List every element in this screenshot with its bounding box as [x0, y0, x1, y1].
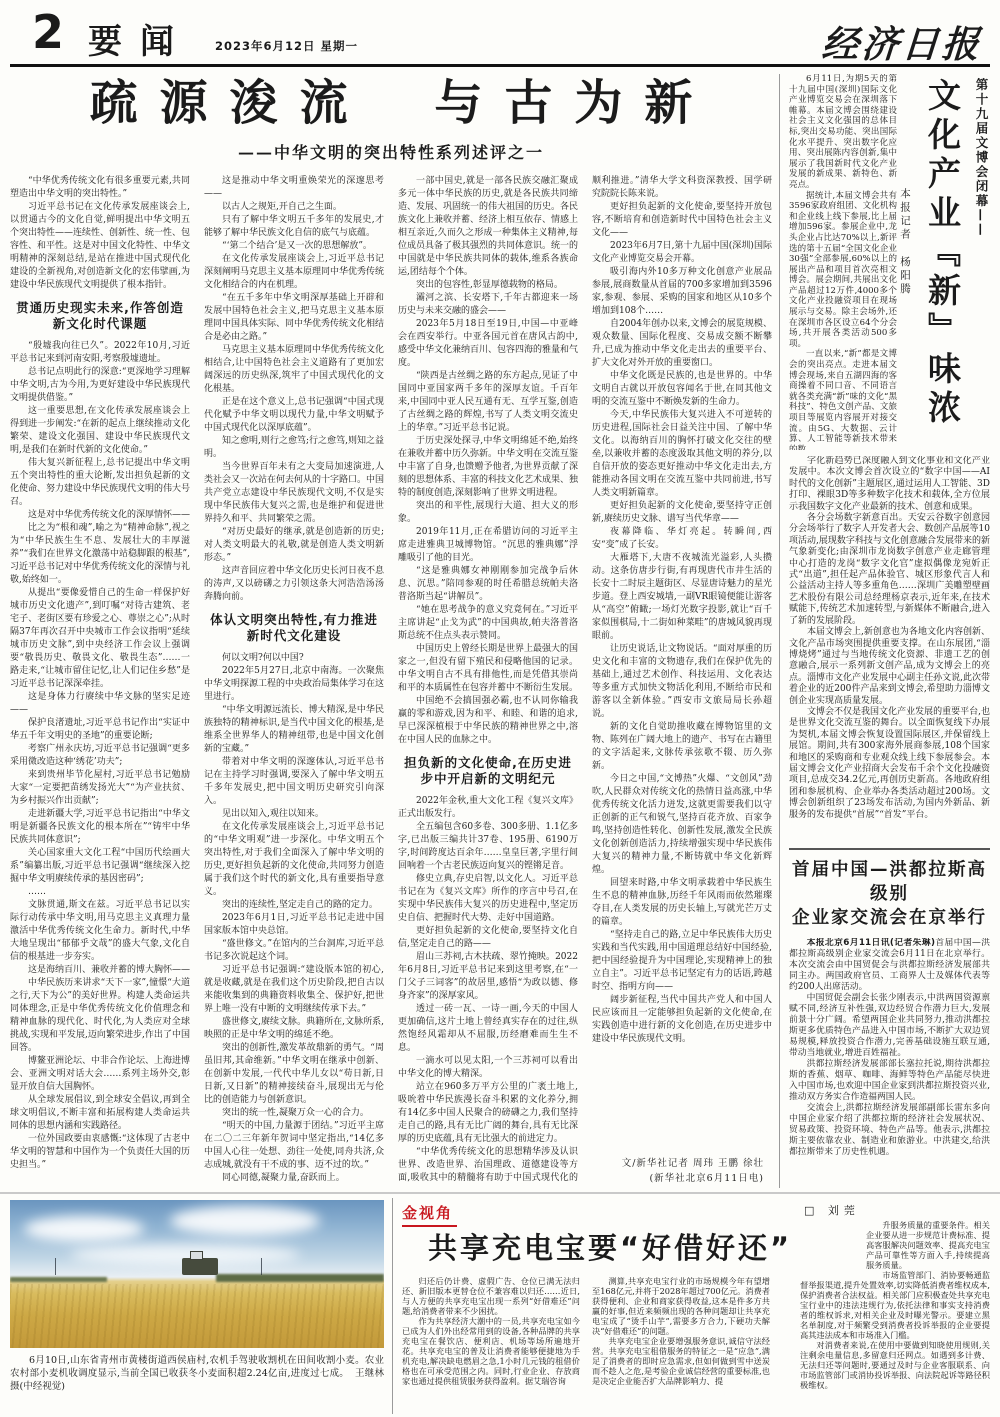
article-paragraph: 2022年5月27日,北京中南海。一次聚焦中华文明探源工程的中央政治局集体学习在… — [204, 665, 384, 704]
article-paragraph: “中华优秀传统文化有很多重要元素,共同塑造出中华文明的突出特性。” — [10, 175, 190, 201]
article-paragraph: 突出的连续性,坚定走自己的路的定力。 — [204, 899, 384, 912]
main-article-byline: 文/新华社记者 周玮 王鹏 徐壮 (新华社北京6月11日电) — [582, 1152, 772, 1190]
article-subhead: 体认文明突出特性,有力推进新时代文化建设 — [206, 612, 382, 644]
article-paragraph: 这一重要思想,在文化传承发展座谈会上得到进一步阐发:“在新的起点上继续推动文化繁… — [10, 405, 190, 457]
photo-news: 6月10日,山东省青州市黄楼街道西侯庙村,农机手驾驶收割机在田间收割小麦。农业农… — [10, 1200, 384, 1393]
article-paragraph: 同心同德,凝聚力量,奋跃而上。 — [204, 1172, 384, 1185]
article-paragraph: 关心国家重大文化工程“中国历代绘画大系”编纂出版,习近平总书记强调“继续深入挖掘… — [10, 847, 190, 886]
article-paragraph: 今日之中国,“文博热”火爆、“文创风”劲吹,人民群众对传统文化的热情日益高涨,中… — [592, 773, 772, 877]
power-pole-shape — [261, 1258, 262, 1275]
photo-caption: 6月10日,山东省青州市黄楼街道西侯庙村,农机手驾驶收割机在田间收割小麦。农业农… — [10, 1354, 384, 1393]
column-divider — [779, 74, 780, 1188]
article-paragraph: 自2004年创办以来,文博会的展览规模、观众数量、国际化程度、交易成交额不断攀升… — [592, 318, 772, 370]
article-paragraph: 以古人之规矩,开自己之生面。 — [204, 201, 384, 214]
power-pole-shape — [55, 1258, 56, 1275]
article-paragraph: 走进新疆大学,习近平总书记指出“中华文明是新疆各民族文化的根本所在”“铸牢中华民… — [10, 808, 190, 847]
commentary-column-3: □ 刘莞 升服务质量的重要条件。相关企业要从进一步规范计费标准、提高客服解决问题… — [800, 1200, 990, 1414]
article-paragraph: 交流会上,洪都拉斯经济发展部副部长雷东多向中国企业家介绍了洪都拉斯的经济社会发展… — [789, 1103, 990, 1158]
article-paragraph: 正是在这个意义上,总书记强调“中国式现代化赋予中华文明以现代力量,中华文明赋予中… — [204, 396, 384, 435]
article-paragraph: 共享充电宝企业要增强服务意识,诚信守法经营。共享充电宝租借服务的特征之一是“应急… — [592, 1336, 770, 1386]
article-paragraph: 归还后仍计费、虚假广告、仓位已满无法归还、新旧版本更替仓位不兼容难以归还……近日… — [402, 1276, 580, 1316]
article-paragraph: 这是海纳百川、兼收并蓄的博大胸怀—— — [10, 964, 190, 977]
main-subtitle: ——中华文明的突出特性系列述评之一 — [10, 140, 772, 163]
paragraph-lead: 本报北京6月11日讯(记者朱琳) — [807, 938, 935, 948]
article-paragraph: 从全球发展倡议,到全球安全倡议,再到全球文明倡议,不断丰富和拓展构建人类命运共同… — [10, 1094, 190, 1133]
reporter-label: 本报记者 — [899, 188, 911, 242]
article-paragraph: 文博会不仅是我国文化产业发展的重要平台,也是世界文化交流互鉴的舞台。以全面恢复线… — [789, 707, 990, 821]
reporter-name: 杨阳腾 — [899, 256, 911, 297]
article-paragraph: 测算,共享充电宝行业的市场规模今年有望增至168亿元,并将于2028年超过700… — [592, 1276, 770, 1336]
article-paragraph: …… — [10, 886, 190, 899]
article-paragraph: 本届文博会上,新创意也为各地文化内容创新、文化产品市场突围提供重要支撑。在山东展… — [789, 627, 990, 707]
article-paragraph: “殷墟我向往已久”。2022年10月,习近平总书记来到河南安阳,考察殷墟遗址。 — [10, 340, 190, 366]
article-paragraph: 新的文化自觉助推收藏在博物馆里的文物、陈列在广阔大地上的遗产、书写在古籍里的文字… — [592, 721, 772, 773]
article-paragraph: 保护良渚遗址,习近平总书记作出“实证中华五千年文明史的圣地”的重要论断; — [10, 717, 190, 743]
article-paragraph: 考察广州永庆坊,习近平总书记强调“更多采用微改造这种‘绣花’功夫”; — [10, 743, 190, 769]
article-paragraph: “盛世修文。”在馆内的兰台洞库,习近平总书记多次说起这个词。 — [204, 938, 384, 964]
article-paragraph: 习近平总书记在文化传承发展座谈会上,以贯通古今的文化自觉,鲜明提出中华文明五个突… — [10, 201, 190, 292]
article-paragraph: 2023年6月1日,习近平总书记走进中国国家版本馆中央总馆。 — [204, 912, 384, 938]
article-paragraph: 2023年6月7日,第十九届中国(深圳)国际文化产业博览交易会开幕。 — [592, 240, 772, 266]
article-paragraph: 总书记点明此行的深意:“更深地学习理解中华文明,古为今用,为更好建设中华民族现代… — [10, 366, 190, 405]
article-paragraph: 盛世修文,赓续文脉。典籍所在,文脉所系,映照的正是中华文明的绵延不绝。 — [204, 1016, 384, 1042]
treeline-shape — [10, 1277, 107, 1282]
article-paragraph: 见出以知入,观往以知来。 — [204, 808, 384, 821]
article-paragraph: 中国贸促会副会长张少刚表示,中洪两国资源禀赋不同,经济互补性强,双边经贸合作潜力… — [789, 993, 990, 1059]
article-paragraph: 作为共享经济大潮中的一员,共享充电宝如今已成为人们外出经常用到的设备,各种品牌的… — [402, 1316, 580, 1386]
article-paragraph: 对消费者来说,在使用中要做到知晓使用规则,关注剩余电量信息,多留意归还网点。如遇… — [800, 1340, 990, 1390]
article-paragraph: 站立在960多万平方公里的广袤土地上,吸吮着中华民族漫长奋斗积累的文化养分,拥有… — [398, 1081, 578, 1146]
article-paragraph: 透过一砖一瓦、一诗一画,今天的中国人更加确信,这片土地上曾经真实存在的过往,纵然… — [398, 1003, 578, 1055]
article-paragraph: 6月11日,为期5天的第十九届中国(深圳)国际文化产业博览交易会在深圳落下帷幕。… — [789, 74, 897, 191]
commentary-label: 金视角 — [402, 1202, 457, 1227]
article-paragraph: 更好担负起新的文化使命,要坚持守正创新,赓续历史文脉、谱写当代华章—— — [592, 500, 772, 526]
feature-vertical-title: 文化产业『新』味浓 — [919, 78, 966, 454]
article-paragraph: 当今世界百年未有之大变局加速演进,人类社会又一次站在何去何从的十字路口。中国共产… — [204, 461, 384, 526]
article-paragraph: 于历史深处探寻,中华文明绵延不绝,始终在兼收并蓄中历久弥新。中华文明在交流互鉴中… — [398, 435, 578, 500]
honduras-article: 首届中国—洪都拉斯高级别 企业家交流会在京举行 本报北京6月11日讯(记者朱琳)… — [789, 856, 990, 1188]
honduras-headline: 首届中国—洪都拉斯高级别 企业家交流会在京举行 — [789, 858, 990, 930]
article-paragraph: 更好担负起新的文化使命,要坚持文化自信,坚定走自己的路—— — [398, 925, 578, 951]
article-paragraph: 从提出“要像爱惜自己的生命一样保护好城市历史文化遗产”,到叮嘱“对待古建筑、老宅… — [10, 587, 190, 691]
article-paragraph: 马克思主义基本原理同中华优秀传统文化相结合,让中国特色社会主义道路有了更加宏阔深… — [204, 344, 384, 396]
article-paragraph: 在文化传承发展座谈会上,习近平总书记的“中华文明观”进一步深化。中华文明五个突出… — [204, 821, 384, 899]
article-paragraph: 中国历史上曾经长期是世界上最强大的国家之一,但没有留下殖民和侵略他国的记录。中华… — [398, 643, 578, 695]
byline-dateline: (新华社北京6月11日电) — [582, 1171, 764, 1186]
article-paragraph: 更好担负起新的文化使命,要坚持开放包容,不断培育和创造新时代中国特色社会主义文化… — [592, 201, 772, 240]
article-paragraph: 2023年5月18日至19日,中国—中亚峰会在西安举行。中亚各国元首在唐风古韵中… — [398, 318, 578, 370]
article-paragraph: “她在思考战争的意义究竟何在。”习近平主席讲起“止戈为武”的中国典故,帕夫洛普洛… — [398, 604, 578, 643]
headline-wrap-spacer — [800, 1220, 866, 1278]
article-paragraph: 各分会场数字新意百出。天安云谷数字创意园分会场举行了数字人开发者大会、数创产品展… — [789, 513, 990, 627]
feature-body-top: 6月11日,为期5天的第十九届中国(深圳)国际文化产业博览交易会在深圳落下帷幕。… — [789, 74, 897, 450]
article-paragraph: 夜幕降临、华灯亮起。转瞬间,西安“变”成了长安。 — [592, 526, 772, 552]
article-separator-rule — [789, 848, 990, 850]
article-paragraph: 这声音回应着中华文化历史长河日夜不息的涛声,又以磅礴之力引领这条大河浩浩汤汤奔腾… — [204, 565, 384, 604]
article-paragraph: 这是身体力行赓续中华文脉的坚实足迹—— — [10, 691, 190, 717]
masthead-logo: 经济日报 — [820, 14, 984, 68]
bottom-column-divider — [392, 1198, 393, 1414]
feature-body-bottom: 字化新趋势已深度融入到文化事业和文化产业发展中。本次文博会首次设立的“数字中国—… — [789, 456, 990, 840]
article-paragraph: 中国绝不会搞国强必霸,也不认同你输我赢的零和游戏,因为和平、和睦、和谐的追求,早… — [398, 695, 578, 747]
feature-top-section: 6月11日,为期5天的第十九届中国(深圳)国际文化产业博览交易会在深圳落下帷幕。… — [789, 74, 990, 450]
article-paragraph: 回望来时路,中华文明承载着中华民族生生不息的精神血脉,历经千年风雨而依然璀璨夺目… — [592, 877, 772, 929]
combine-harvester-shape — [182, 1258, 218, 1275]
article-paragraph: 一位外国政要由衷感慨:“这体现了古老中华文明的智慧和中国作为一个负责任大国的历史… — [10, 1133, 190, 1172]
byline-authors: 文/新华社记者 周玮 王鹏 徐壮 — [582, 1156, 764, 1171]
header-rule — [10, 64, 990, 67]
article-paragraph: 一直以来,“新”都是文博会的突出亮点。走进本届文博会现场,来自五湖四海的客商操着… — [789, 349, 897, 450]
article-paragraph: 文脉贯通,斯文在兹。习近平总书记以实际行动传承中华文明,用马克思主义真理力量激活… — [10, 899, 190, 964]
article-paragraph: 阔步新征程,当代中国共产党人和中国人民应该而且一定能够担负起新的文化使命,在实践… — [592, 994, 772, 1046]
article-paragraph: 灞河之滨、长安塔下,千年古都迎来一场历史与未来交融的盛会—— — [398, 292, 578, 318]
article-paragraph: 这是推动中华文明重焕荣光的深邃思考—— — [204, 175, 384, 201]
article-paragraph: 只有了解中华文明五千多年的发展史,才能够了解中华民族文化自信的底气与底蕴。 — [204, 214, 384, 240]
article-paragraph: 突出的创新性,激发革故鼎新的勇气。“周虽旧邦,其命维新。”中华文明在继承中创新、… — [204, 1042, 384, 1107]
article-paragraph: 眉山三苏祠,古木扶疏、翠竹掩映。2022年6月8日,习近平总书记来到这里考察,在… — [398, 951, 578, 1003]
article-paragraph: “坚持走自己的路,立足中华民族伟大历史实践和当代实践,用中国道理总结好中国经验,… — [592, 929, 772, 994]
article-paragraph: 2022年金秋,重大文化工程《复兴文库》正式出版发行。 — [398, 795, 578, 821]
article-paragraph: 突出的统一性,凝聚万众一心的合力。 — [204, 1107, 384, 1120]
article-subhead: 担负新的文化使命,在历史进步中开启新的文明纪元 — [400, 755, 576, 787]
commentary-article: 金视角 共享充电宝要“好借好还” 归还后仍计费、虚假广告、仓位已满无法归还、新旧… — [402, 1198, 990, 1415]
article-paragraph: 博鳌亚洲论坛、中非合作论坛、上海进博会、亚洲文明对话大会……系列主场外交,彰显开… — [10, 1055, 190, 1094]
feature-article: 6月11日,为期5天的第十九届中国(深圳)国际文化产业博览交易会在深圳落下帷幕。… — [789, 74, 990, 844]
article-paragraph: 修史立典,存史启智,以文化人。习近平总书记在为《复兴文库》所作的序言中号召,在实… — [398, 873, 578, 925]
commentary-byline: □ 刘莞 — [804, 1202, 990, 1218]
article-paragraph: 何以文明?何以中国? — [204, 652, 384, 665]
article-subhead: 贯通历史现实未来,作答创造新文化时代课题 — [12, 300, 188, 332]
article-paragraph: 中华民族历来讲求“天下一家”,憧憬“大道之行,天下为公”的美好世界。构建人类命运… — [10, 977, 190, 1055]
article-paragraph: 中华文化既是民族的,也是世界的。中华文明自古就以开放包容闻名于世,在同其他文明的… — [592, 370, 772, 409]
cloud-shape — [170, 1206, 320, 1236]
article-paragraph: “明天的中国,力量源于团结。”习近平主席在二〇二三年新年贺词中坚定指出,“14亿… — [204, 1120, 384, 1172]
article-paragraph: 洪都拉斯经济发展部部长塞拉托说,期待洪都拉斯的香蕉、烟草、咖啡、海鲜等特色产品能… — [789, 1059, 990, 1103]
honduras-headline-line2: 企业家交流会在京举行 — [792, 908, 987, 928]
article-paragraph: 在文化传承发展座谈会上,习近平总书记深刻阐明马克思主义基本原理同中华优秀传统文化… — [204, 253, 384, 292]
section-title: 要闻 — [88, 14, 192, 63]
wheat-harvest-photo — [10, 1200, 384, 1348]
main-headline: 疏源浚流 与古为新 — [10, 76, 772, 130]
article-paragraph: 来到贵州毕节化屋村,习近平总书记勉励大家“一定要把苗绣发扬光大”“为产业扶贫、为… — [10, 769, 190, 808]
article-paragraph: 一滴水可以见太阳,一个三苏祠可以看出中华文化的博大精深。 — [398, 1055, 578, 1081]
article-paragraph: “这是雅典娜女神刚刚参加完战争后休息、沉思。”陪同参观的时任希腊总统帕夫洛普洛斯… — [398, 565, 578, 604]
article-paragraph: 吸引海内外10多万种文化创意产业展品参展,展商数量从首届的700多家增加到359… — [592, 266, 772, 318]
article-paragraph: 本报北京6月11日讯(记者朱琳)首届中国—洪都拉斯高级别企业家交流会6月11日在… — [789, 938, 990, 993]
article-paragraph: 字化新趋势已深度融入到文化事业和文化产业发展中。本次文博会首次设立的“数字中国—… — [789, 456, 990, 513]
main-article: 疏源浚流 与古为新 ——中华文明的突出特性系列述评之一 “中华优秀传统文化有很多… — [10, 70, 772, 1190]
article-paragraph: 大雁塔下,大唐不夜城流光溢彩,人头攒动。这条仿唐步行街,有再现唐代市井生活的长安… — [592, 552, 772, 643]
article-paragraph: “‘第二个结合’是又一次的思想解放”。 — [204, 240, 384, 253]
article-paragraph: 让历史说话,让文物说话。“面对厚重的历史文化和丰富的文物遗存,我们在保护优先的基… — [592, 643, 772, 721]
page-number: 2 — [32, 6, 64, 58]
article-paragraph: 突出的包容性,彰显厚德载物的格局。 — [398, 279, 578, 292]
article-paragraph: “对历史最好的继承,就是创造新的历史;对人类文明最大的礼敬,就是创造人类文明新形… — [204, 526, 384, 565]
article-paragraph: 突出的和平性,展现行大道、担大义的形象。 — [398, 500, 578, 526]
honduras-headline-line1: 首届中国—洪都拉斯高级别 — [792, 860, 987, 904]
commentary-headline: 共享充电宝要“好借好还” — [428, 1226, 792, 1267]
page-header: 2 要闻 2023年6月12日 星期一 经济日报 — [10, 6, 990, 62]
article-paragraph: 伟大复兴新征程上,总书记提出中华文明五个突出特性的重大论断,发出担负起新的文化使… — [10, 457, 190, 509]
bottom-section-separator — [0, 1192, 1000, 1194]
caption-text: 6月10日,山东省青州市黄楼街道西侯庙村,农机手驾驶收割机在田间收割小麦。农业农… — [10, 1355, 384, 1379]
feature-headline-block: 第十九届文博会闭幕—— 文化产业『新』味浓 本报记者杨阳腾 — [897, 74, 990, 450]
article-paragraph: 这是对中华优秀传统文化的深厚情怀—— — [10, 509, 190, 522]
cloud-shape — [24, 1216, 144, 1242]
article-paragraph: 全五编包含60多卷、300多册、1.1亿多字,已出版三编共计37卷、195册、6… — [398, 821, 578, 873]
article-paragraph: 习近平总书记强调:“建设版本馆的初心,就是收藏,就是在我们这个历史阶段,把自古以… — [204, 964, 384, 1016]
article-paragraph: 知之愈明,则行之愈笃;行之愈笃,则知之益明。 — [204, 435, 384, 461]
article-paragraph: “陕西是古丝绸之路的东方起点,见证了中国同中亚国家两千多年的深厚友谊。千百年来,… — [398, 370, 578, 435]
feature-kicker: 第十九届文博会闭幕—— — [972, 78, 990, 448]
article-paragraph: 今天,中华民族伟大复兴进入不可逆转的历史进程,国际社会日益关注中国、了解中华文化… — [592, 409, 772, 500]
feature-reporter: 本报记者杨阳腾 — [898, 78, 913, 450]
harvester-cab-shape — [190, 1251, 203, 1260]
commentary-column-1: 归还后仍计费、虚假广告、仓位已满无法归还、新旧版本更替仓位不兼容难以归还……近日… — [402, 1276, 580, 1414]
article-paragraph: 市场监管部门、消协要畅通监督举报渠道,提升处置效率,切实降低消费者维权成本,保护… — [800, 1270, 990, 1340]
article-paragraph: 比之为“根和魂”,喻之为“精神命脉”,视之为“中华民族生生不息、发展壮大的丰厚滋… — [10, 522, 190, 587]
article-paragraph: “在五千多年中华文明深厚基础上开辟和发展中国特色社会主义,把马克思主义基本原理同… — [204, 292, 384, 344]
publication-date: 2023年6月12日 星期一 — [215, 38, 358, 54]
treeline-shape — [216, 1274, 384, 1282]
article-paragraph: 一部中国史,就是一部各民族交融汇聚成多元一体中华民族的历史,就是各民族共同缔造、… — [398, 175, 578, 279]
main-article-body: “中华优秀传统文化有很多重要元素,共同塑造出中华文明的突出特性。”习近平总书记在… — [10, 175, 772, 1189]
article-paragraph: 据统计,本届文博会共有3596家政府组团、文化机构和企业线上线下参展,比上届增加… — [789, 191, 897, 350]
commentary-column-2: 测算,共享充电宝行业的市场规模今年有望增至168亿元,并将于2028年超过700… — [592, 1276, 770, 1414]
article-paragraph: 2019年11月,正在希腊访问的习近平主席走进雅典卫城博物馆。“沉思的雅典娜”浮… — [398, 526, 578, 565]
wheat-field-texture — [10, 1284, 384, 1348]
honduras-body: 本报北京6月11日讯(记者朱琳)首届中国—洪都拉斯高级别企业家交流会6月11日在… — [789, 938, 990, 1188]
article-paragraph: 带着对中华文明的深邃体认,习近平总书记在主持学习时强调,要深入了解中华文明五千多… — [204, 756, 384, 808]
article-paragraph: “中华文明源远流长、博大精深,是中华民族独特的精神标识,是当代中国文化的根基,是… — [204, 704, 384, 756]
